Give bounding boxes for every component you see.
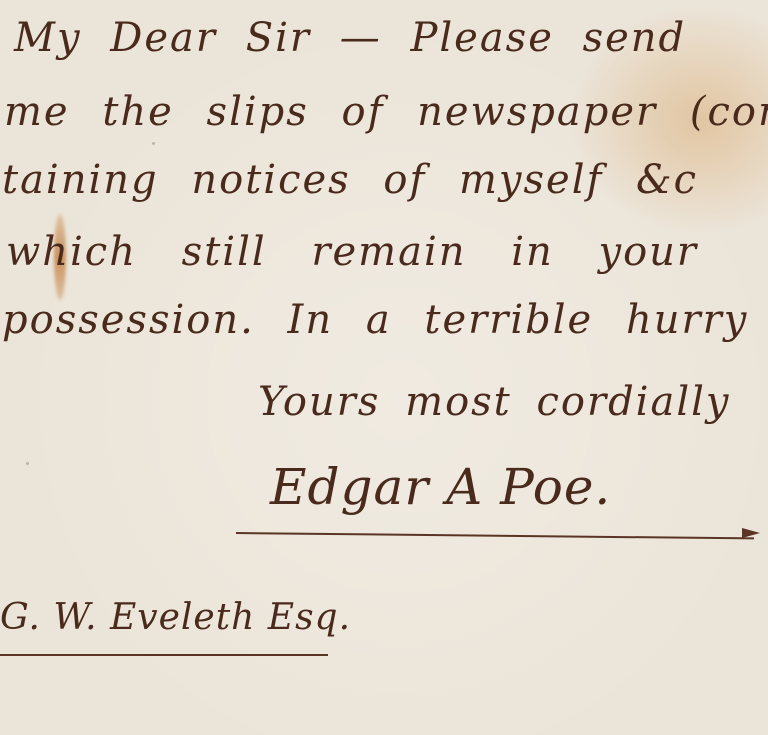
signature: Edgar A Poe. (270, 462, 611, 512)
letter-closing: Yours most cordially (258, 382, 731, 422)
flourish-arrow-icon (742, 528, 760, 538)
letter-line-4: which still remain in your (6, 232, 698, 272)
letter-line-5: possession. In a terrible hurry (2, 300, 748, 340)
letter-page: My Dear Sir — Please send me the slips o… (0, 0, 768, 735)
paper-speck (26, 462, 29, 465)
paper-speck (152, 142, 155, 145)
addressee-underline (0, 654, 328, 656)
signature-underline-flourish (236, 532, 754, 539)
letter-line-3: taining notices of myself &c (2, 160, 698, 200)
letter-line-2: me the slips of newspaper (con- (4, 92, 768, 132)
addressee: G. W. Eveleth Esq. (0, 600, 351, 636)
letter-line-1: My Dear Sir — Please send (14, 18, 686, 58)
